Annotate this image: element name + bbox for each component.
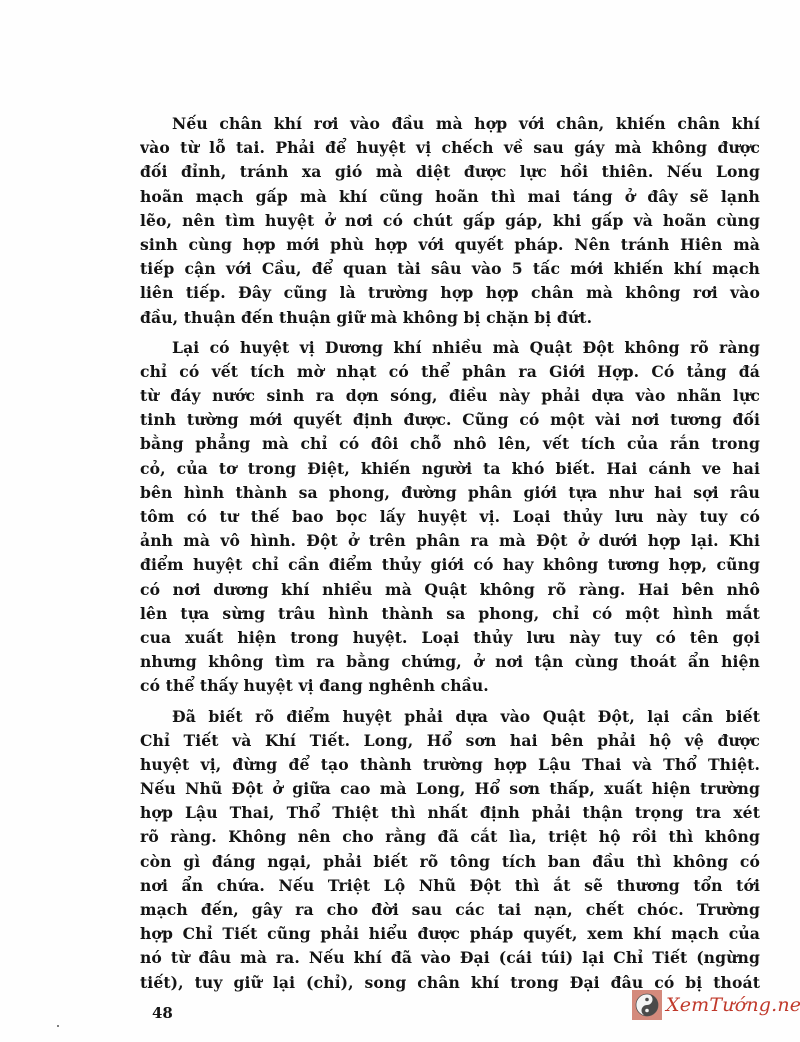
watermark-text: XemTướng.net: [666, 994, 800, 1016]
text-line: từ đáy nước sinh ra dợn sóng, điều này p…: [140, 384, 760, 408]
text-line: có thể thấy huyệt vị đang nghênh chầu.: [140, 674, 760, 698]
text-line: lẽo, nên tìm huyệt ở nơi có chút gấp gáp…: [140, 209, 760, 233]
text-line: cua xuất hiện trong huyệt. Loại thủy lưu…: [140, 626, 760, 650]
text-line: nơi ẩn chứa. Nếu Triệt Lộ Nhũ Đột thì ắt…: [140, 874, 760, 898]
text-line: lên tựa sừng trâu hình thành sa phong, c…: [140, 602, 760, 626]
text-line: chỉ có vết tích mờ nhạt có thể phân ra G…: [140, 360, 760, 384]
text-line: hợp Lậu Thai, Thổ Thiệt thì nhất định ph…: [140, 801, 760, 825]
text-line: Nếu chân khí rơi vào đầu mà hợp với chân…: [140, 112, 760, 136]
text-line: tinh tường mới quyết định được. Cũng có …: [140, 408, 760, 432]
text-line: rõ ràng. Không nên cho rằng đã cắt lìa, …: [140, 825, 760, 849]
body-text: Nếu chân khí rơi vào đầu mà hợp với chân…: [140, 112, 760, 1001]
text-line: ảnh mà vô hình. Đột ở trên phân ra mà Độ…: [140, 529, 760, 553]
text-line: hoãn mạch gấp mà khí cũng hoãn thì mai t…: [140, 185, 760, 209]
text-line: Nếu Nhũ Đột ở giữa cao mà Long, Hổ sơn t…: [140, 777, 760, 801]
text-line: đầu, thuận đến thuận giữ mà không bị chặ…: [140, 306, 760, 330]
book-page: Nếu chân khí rơi vào đầu mà hợp với chân…: [0, 0, 800, 1042]
text-line: bên hình thành sa phong, đường phân giới…: [140, 481, 760, 505]
text-line: nhưng không tìm ra bằng chứng, ở nơi tận…: [140, 650, 760, 674]
text-line: đối đỉnh, tránh xa gió mà diệt được lực …: [140, 160, 760, 184]
text-line: điểm huyệt chỉ cần điểm thủy giới có hay…: [140, 553, 760, 577]
paragraph-2: Lại có huyệt vị Dương khí nhiều mà Quật …: [140, 336, 760, 699]
text-line: Đã biết rõ điểm huyệt phải dựa vào Quật …: [140, 705, 760, 729]
text-line: liên tiếp. Đây cũng là trường hợp hợp ch…: [140, 281, 760, 305]
yin-yang-icon: [632, 990, 662, 1020]
text-line: tôm có tư thế bao bọc lấy huyệt vị. Loại…: [140, 505, 760, 529]
text-line: nó từ đâu mà ra. Nếu khí đã vào Đại (cái…: [140, 946, 760, 970]
text-line: cỏ, của tơ trong Điệt, khiến người ta kh…: [140, 457, 760, 481]
paragraph-1: Nếu chân khí rơi vào đầu mà hợp với chân…: [140, 112, 760, 330]
text-line: có nơi dương khí nhiều mà Quật không rõ …: [140, 578, 760, 602]
text-line: bằng phẳng mà chỉ có đôi chỗ nhô lên, vế…: [140, 432, 760, 456]
paragraph-3: Đã biết rõ điểm huyệt phải dựa vào Quật …: [140, 705, 760, 995]
text-line: tiếp cận với Cầu, để quan tài sâu vào 5 …: [140, 257, 760, 281]
text-line: mạch đến, gây ra cho đời sau các tai nạn…: [140, 898, 760, 922]
page-number: 48: [152, 1004, 173, 1022]
scan-speck: [57, 1025, 59, 1027]
text-line: Lại có huyệt vị Dương khí nhiều mà Quật …: [140, 336, 760, 360]
watermark: XemTướng.net: [632, 990, 800, 1020]
text-line: Chỉ Tiết và Khí Tiết. Long, Hổ sơn hai b…: [140, 729, 760, 753]
text-line: hợp Chỉ Tiết cũng phải hiểu được pháp qu…: [140, 922, 760, 946]
text-line: vào từ lỗ tai. Phải để huyệt vị chếch về…: [140, 136, 760, 160]
text-line: sinh cùng hợp mới phù hợp với quyết pháp…: [140, 233, 760, 257]
text-line: còn gì đáng ngại, phải biết rõ tông tích…: [140, 850, 760, 874]
text-line: huyệt vị, đừng để tạo thành trường hợp L…: [140, 753, 760, 777]
